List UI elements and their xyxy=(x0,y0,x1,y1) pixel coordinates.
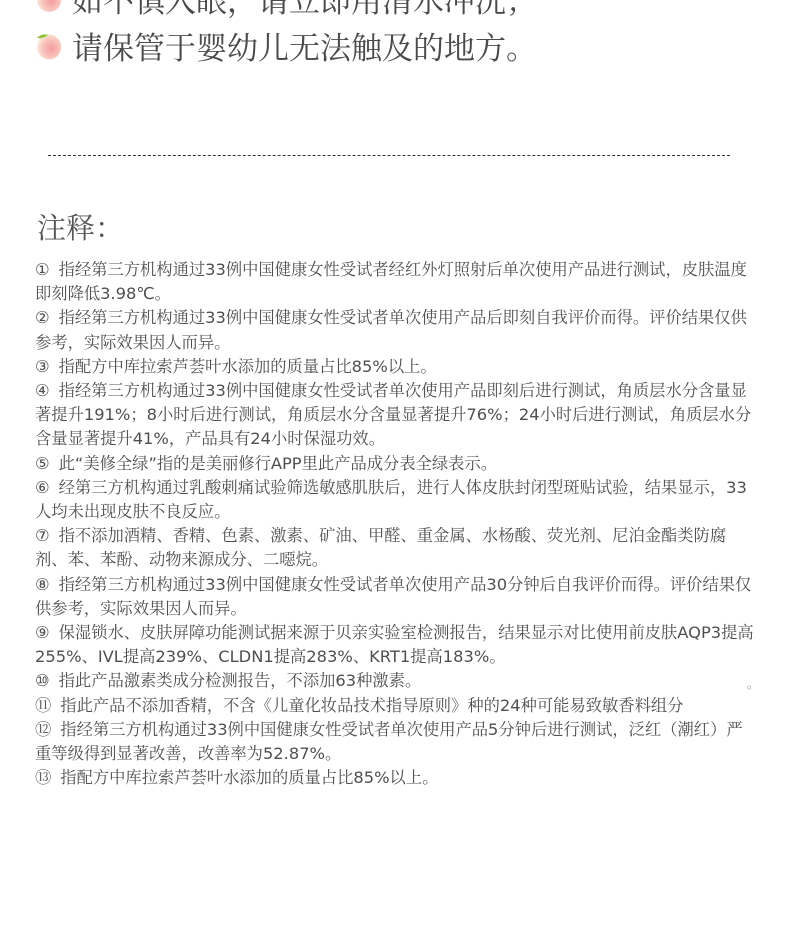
note-item: ⑪指此产品不添加香精，不含《儿童化妆品技术指导原则》种的24种可能易致敏香料组分 xyxy=(35,694,757,718)
note-number: ③ xyxy=(35,357,50,376)
notes-title: 注释： xyxy=(37,206,124,247)
peach-icon xyxy=(34,30,64,60)
note-text: 此“美修全绿”指的是美丽修行APP里此产品成分表全绿表示。 xyxy=(59,454,497,473)
note-item: ④指经第三方机构通过33例中国健康女性受试者单次使用产品即刻后进行测试，角质层水… xyxy=(35,379,757,452)
note-number: ⑥ xyxy=(35,478,50,497)
note-text: 指配方中库拉索芦荟叶水添加的质量占比85%以上。 xyxy=(60,768,438,787)
note-item: ③指配方中库拉索芦荟叶水添加的质量占比85%以上。 xyxy=(35,355,757,379)
note-item: ⑥经第三方机构通过乳酸刺痛试验筛选敏感肌肤后，进行人体皮肤封闭型斑贴试验，结果显… xyxy=(35,476,757,524)
note-number: ② xyxy=(35,308,50,327)
note-number: ⑬ xyxy=(35,768,51,787)
note-text: 指经第三方机构通过33例中国健康女性受试者单次使用产品30分钟后自我评价而得。评… xyxy=(35,575,751,618)
warning-text: 如不慎入眼，请立即用清水冲洗； xyxy=(72,0,537,21)
note-item: ⑬指配方中库拉索芦荟叶水添加的质量占比85%以上。 xyxy=(35,766,757,790)
note-number: ⑧ xyxy=(35,575,50,594)
note-item: ⑫指经第三方机构通过33例中国健康女性受试者单次使用产品5分钟后进行测试，泛红（… xyxy=(35,718,757,766)
note-number: ⑤ xyxy=(35,454,50,473)
overflow-period: 。 xyxy=(747,675,759,692)
note-item: ①指经第三方机构通过33例中国健康女性受试者经红外灯照射后单次使用产品进行测试，… xyxy=(35,258,757,306)
note-text: 指配方中库拉索芦荟叶水添加的质量占比85%以上。 xyxy=(59,357,437,376)
note-text: 指此产品不添加香精，不含《儿童化妆品技术指导原则》种的24种可能易致敏香料组分 xyxy=(60,696,683,715)
note-text: 保湿锁水、皮肤屏障功能测试据来源于贝亲实验室检测报告，结果显示对比使用前皮肤AQ… xyxy=(35,623,754,666)
warning-text: 请保管于婴幼儿无法触及的地方。 xyxy=(72,23,537,68)
note-item: ⑧指经第三方机构通过33例中国健康女性受试者单次使用产品30分钟后自我评价而得。… xyxy=(35,573,757,621)
warning-line-eye-contact: 如不慎入眼，请立即用清水冲洗； xyxy=(34,0,537,18)
note-item: ⑨保湿锁水、皮肤屏障功能测试据来源于贝亲实验室检测报告，结果显示对比使用前皮肤A… xyxy=(35,621,757,669)
note-text: 指经第三方机构通过33例中国健康女性受试者单次使用产品后即刻自我评价而得。评价结… xyxy=(35,308,747,351)
notes-list: ①指经第三方机构通过33例中国健康女性受试者经红外灯照射后单次使用产品进行测试，… xyxy=(35,258,757,790)
note-item: ⑦指不添加酒精、香精、色素、激素、矿油、甲醛、重金属、水杨酸、荧光剂、尼泊金酯类… xyxy=(35,524,757,572)
peach-icon xyxy=(34,0,64,13)
note-text: 指经第三方机构通过33例中国健康女性受试者经红外灯照射后单次使用产品进行测试，皮… xyxy=(35,260,747,303)
note-number: ⑨ xyxy=(35,623,50,642)
note-item: ②指经第三方机构通过33例中国健康女性受试者单次使用产品后即刻自我评价而得。评价… xyxy=(35,306,757,354)
note-number: ① xyxy=(35,260,50,279)
note-number: ⑫ xyxy=(35,720,51,739)
note-number: ⑪ xyxy=(35,696,51,715)
note-item: ⑩指此产品激素类成分检测报告，不添加63种激素。 xyxy=(35,669,757,693)
note-text: 指此产品激素类成分检测报告，不添加63种激素。 xyxy=(59,671,422,690)
dashed-divider xyxy=(48,155,730,156)
note-number: ⑩ xyxy=(35,671,50,690)
note-item: ⑤此“美修全绿”指的是美丽修行APP里此产品成分表全绿表示。 xyxy=(35,452,757,476)
note-number: ⑦ xyxy=(35,526,50,545)
warning-line-keep-away-children: 请保管于婴幼儿无法触及的地方。 xyxy=(34,25,537,65)
note-text: 指经第三方机构通过33例中国健康女性受试者单次使用产品5分钟后进行测试，泛红（潮… xyxy=(35,720,743,763)
note-number: ④ xyxy=(35,381,50,400)
note-text: 指不添加酒精、香精、色素、激素、矿油、甲醛、重金属、水杨酸、荧光剂、尼泊金酯类防… xyxy=(35,526,726,569)
note-text: 经第三方机构通过乳酸刺痛试验筛选敏感肌肤后，进行人体皮肤封闭型斑贴试验，结果显示… xyxy=(35,478,747,521)
note-text: 指经第三方机构通过33例中国健康女性受试者单次使用产品即刻后进行测试，角质层水分… xyxy=(35,381,751,448)
